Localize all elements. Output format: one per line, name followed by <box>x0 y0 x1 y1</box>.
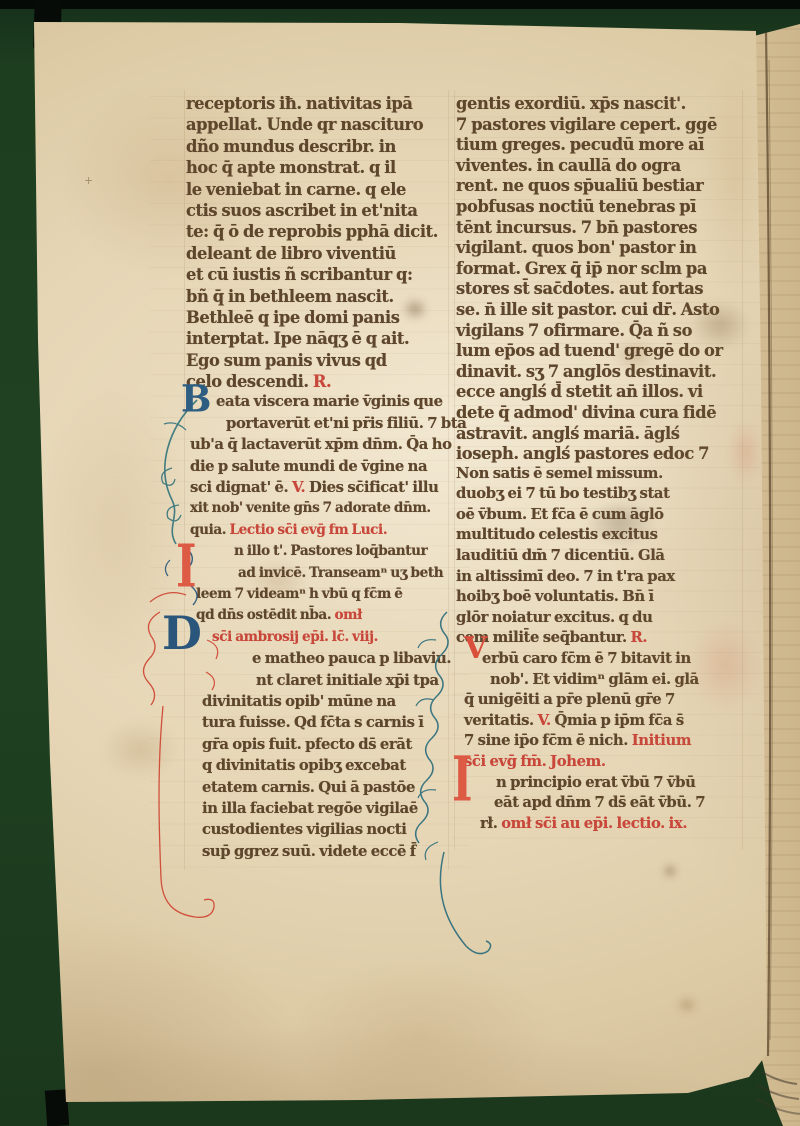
body-text: astravit. anglś mariā. āglś <box>456 424 680 443</box>
text-line: viventes. in caullā do ogra <box>456 156 742 177</box>
text-line: se. n̄ ille sit pastor. cui dr̄. Asto <box>456 300 742 321</box>
text-line: dete q̄ admod' divina cura fidē <box>456 403 742 424</box>
body-text: tēnt incursus. 7 bn̄ pastores <box>456 218 697 237</box>
body-text: dete q̄ admod' divina cura fidē <box>456 403 716 422</box>
text-line: gr̄a opis fuit. pfecto ds̄ erāt <box>186 736 450 757</box>
penwork-flourish-right <box>0 0 800 1126</box>
text-line: nt claret initiale xp̄i tpa <box>186 672 450 693</box>
text-line: stores st̄ sac̄dotes. aut fortas <box>456 279 742 300</box>
illuminated-initial: V <box>464 634 487 664</box>
text-line: oē v̄bum. Et fc̄a ē cum āglō <box>456 506 742 527</box>
parchment-stain <box>40 380 190 680</box>
text-line: sup̄ ggrez suū. videte eccē f̄ <box>186 843 450 864</box>
text-line: Ego sum panis vivus qd <box>186 351 450 372</box>
text-line: n principio erat v̄bū 7 v̄bū <box>456 774 742 795</box>
body-text: vigilant. quos bon' pastor in <box>456 238 696 257</box>
text-line: ctis suos ascribet in et'nita <box>186 201 450 222</box>
margin-pen-mark: + <box>84 174 93 187</box>
text-line: leem 7 videamⁿ h vbū q fc̄m ē <box>186 586 450 607</box>
text-line: Non satis ē semel missum. <box>456 465 742 486</box>
text-line: gentis exordiū. xp̄s nascit'. <box>456 94 742 115</box>
text-line: te: q̄ ō de reprobis pphā dicit. <box>186 222 450 243</box>
body-text: se. n̄ ille sit pastor. cui dr̄. Asto <box>456 300 719 319</box>
body-text: hoibʒ boē voluntatis. Bn̄ ī <box>456 588 654 605</box>
text-line: cem milit̄e seq̄bantur. R. <box>456 629 742 650</box>
rubric-text: sc̄i evḡ fm̄. Johem. <box>464 753 606 770</box>
body-text: rł. <box>480 815 501 832</box>
body-text: cem milit̄e seq̄bantur. <box>456 629 630 646</box>
body-text: 7 sine ip̄o fc̄m ē nich. <box>464 732 632 749</box>
rubric-text: omł sc̄i au ep̄i. lectio. ix. <box>501 815 687 832</box>
body-text: n principio erat v̄bū 7 v̄bū <box>496 774 695 791</box>
text-line: tēnt incursus. 7 bn̄ pastores <box>456 218 742 239</box>
body-text: duobʒ ei 7 tū bo testibʒ stat <box>456 485 670 502</box>
body-text: 7 pastores vigilare cepert. ggē <box>456 115 717 134</box>
parchment-stain <box>290 960 550 1110</box>
body-text: pobfusas noctiū tenebras pī <box>456 197 696 216</box>
text-line: quia. Lectio sc̄i evḡ fm Luci. <box>186 522 450 543</box>
illuminated-initial: B <box>181 380 211 418</box>
ruling-vertical-4 <box>742 90 743 850</box>
body-text: sup̄ ggrez suū. videte eccē f̄ <box>202 843 416 860</box>
text-line: et cū iustis ñ scribantur q: <box>186 265 450 286</box>
body-text: le veniebat in carne. q ele <box>186 180 406 199</box>
text-line: tura fuisse. Qd fc̄ta s carnis ī <box>186 714 450 735</box>
body-text: nob'. Et vidimⁿ glām ei. glā <box>490 671 699 688</box>
text-line: e matheo pauca p libaviu. <box>186 650 450 671</box>
text-line: n illo t'. Pastores loq̄bantur <box>186 543 450 564</box>
text-line: veritatis. V. Q̄mia p ip̄m fc̄a s̄ <box>456 712 742 733</box>
body-text: gr̄a opis fuit. pfecto ds̄ erāt <box>202 736 412 753</box>
body-text: qd dn̄s ostēdit nb̄a. <box>196 607 335 623</box>
body-text: tura fuisse. Qd fc̄ta s carnis ī <box>202 714 424 731</box>
text-line: portaverūt et'ni pr̄is filiū. 7 bta <box>186 415 450 436</box>
body-text: oē v̄bum. Et fc̄a ē cum āglō <box>456 506 664 523</box>
body-text: q divinitatis opibʒ excebat <box>202 757 406 774</box>
rubric-text: Initium <box>632 732 691 749</box>
body-text: celo descendi. <box>186 372 313 391</box>
text-line: Bethleē q ipe domi panis <box>186 308 450 329</box>
body-text: in altissimī deo. 7 in t'ra pax <box>456 568 675 585</box>
parchment-stain <box>60 80 280 280</box>
body-text: eāt apd dn̄m 7 ds̄ eāt v̄bū. 7 <box>494 794 705 811</box>
body-text: erbū caro fc̄m ē 7 bitavit in <box>482 650 691 667</box>
text-line: 7 sine ip̄o fc̄m ē nich. Initium <box>456 732 742 753</box>
body-text: deleant de libro viventiū <box>186 244 396 263</box>
body-text: ioseph. anglś pastores edoc 7 <box>456 444 709 463</box>
parchment-stain <box>690 300 750 350</box>
ruling-vertical-3 <box>454 90 455 850</box>
photo-top-band <box>0 0 800 9</box>
body-text: receptoris iħ. nativitas ipā <box>186 94 413 113</box>
body-text: glōr noiatur excitus. q du <box>456 609 652 626</box>
text-line: tium greges. pecudū more aī <box>456 135 742 156</box>
ruling-lines-right <box>452 96 770 840</box>
body-text: te: q̄ ō de reprobis pphā dicit. <box>186 222 438 241</box>
body-text: bñ q̄ in bethleem nascit. <box>186 287 394 306</box>
text-line: sci dignat' ē. V. Dies sc̄ificat' illu <box>186 479 450 500</box>
body-text: die p salute mundi de v̄gine na <box>190 458 427 475</box>
text-line: vigilant. quos bon' pastor in <box>456 238 742 259</box>
illuminated-initial: I <box>176 538 197 597</box>
text-line: interptat. Ipe nāqʒ ē q ait. <box>186 329 450 350</box>
column-left: receptoris iħ. nativitas ipāappellat. Un… <box>186 94 450 864</box>
text-line: eata viscera marie v̄ginis que <box>186 393 450 414</box>
body-text: et cū iustis ñ scribantur q: <box>186 265 413 284</box>
text-line: format. Grex q̄ ip̄ nor sclm pa <box>456 259 742 280</box>
text-line: 7 pastores vigilare cepert. ggē <box>456 115 742 136</box>
body-text: gentis exordiū. xp̄s nascit'. <box>456 94 686 113</box>
rubric-text: V. <box>538 712 555 729</box>
rubric-text: omł <box>335 607 362 623</box>
text-line: hoc q̄ apte monstrat. q il <box>186 158 450 179</box>
text-line: etatem carnis. Qui ā pastōe <box>186 779 450 800</box>
text-line: multitudo celestis excitus <box>456 526 742 547</box>
text-line: glōr noiatur excitus. q du <box>456 609 742 630</box>
body-text: eata viscera marie v̄ginis que <box>216 393 443 410</box>
parchment-stain <box>585 500 655 546</box>
parchment-stain <box>402 298 428 320</box>
body-text: leem 7 videamⁿ h vbū q fc̄m ē <box>196 586 403 602</box>
text-line: divinitatis opib' mūne na <box>186 693 450 714</box>
body-text: tium greges. pecudū more aī <box>456 135 704 154</box>
rubric-text: R. <box>313 372 331 391</box>
text-line: duobʒ ei 7 tū bo testibʒ stat <box>456 485 742 506</box>
parchment-stain <box>100 720 180 780</box>
text-line: in illa faciebat regōe vigilaē <box>186 800 450 821</box>
rubric-text: sc̄i ambrosij ep̄i. lc̄. viij. <box>212 629 378 645</box>
text-line: dño mundus describr. in <box>186 137 450 158</box>
text-line: eāt apd dn̄m 7 ds̄ eāt v̄bū. 7 <box>456 794 742 815</box>
text-line: bñ q̄ in bethleem nascit. <box>186 287 450 308</box>
ruling-vertical-2 <box>448 90 449 870</box>
body-text: Non satis ē semel missum. <box>456 465 663 482</box>
body-text: nt claret initiale xp̄i tpa <box>256 672 439 689</box>
body-text: Bethleē q ipe domi panis <box>186 308 400 327</box>
body-text: vigilans 7 ofirmare. Q̄a ñ so <box>456 321 692 340</box>
text-line: pobfusas noctiū tenebras pī <box>456 197 742 218</box>
body-text: interptat. Ipe nāqʒ ē q ait. <box>186 329 409 348</box>
body-text: ub'a q̄ lactaverūt xp̄m dn̄m. Q̄a ho <box>190 436 452 453</box>
text-line: deleant de libro viventiū <box>186 244 450 265</box>
ruling-lines-left <box>150 96 470 868</box>
text-line: q̄ unigēiti a pr̄e plenū gr̄e 7 <box>456 691 742 712</box>
parchment-stain <box>663 864 677 878</box>
manuscript-photo: + receptoris iħ. nativitas ipāappellat. … <box>0 0 800 1126</box>
body-text: divinitatis opib' mūne na <box>202 693 396 710</box>
illuminated-initial: D <box>162 610 202 656</box>
text-line: custodientes vigilias nocti <box>186 821 450 842</box>
text-line: lauditiū dm̄ 7 dicentiū. Glā <box>456 547 742 568</box>
text-line: appellat. Unde qr nascituro <box>186 115 450 136</box>
body-text: etatem carnis. Qui ā pastōe <box>202 779 415 796</box>
parchment-stain <box>612 338 658 372</box>
book-clamp-bottom <box>45 1089 69 1126</box>
body-text: stores st̄ sac̄dotes. aut fortas <box>456 279 703 298</box>
text-line: astravit. anglś mariā. āglś <box>456 424 742 445</box>
parchment-stain <box>728 420 762 484</box>
body-text: custodientes vigilias nocti <box>202 821 406 838</box>
body-text: ctis suos ascribet in et'nita <box>186 201 418 220</box>
text-line: ecce anglś d̄ stetit an̄ illos. vi <box>456 382 742 403</box>
text-line: rł. omł sc̄i au ep̄i. lectio. ix. <box>456 815 742 836</box>
body-text: rent. ne quos sp̄ualiū bestiar <box>456 176 703 195</box>
illuminated-initial: I <box>452 750 473 812</box>
body-text: lum ep̄os ad tuend' gregē do or <box>456 341 723 360</box>
text-line: ioseph. anglś pastores edoc 7 <box>456 444 742 465</box>
text-line: sc̄i evḡ fm̄. Johem. <box>456 753 742 774</box>
body-text: Ego sum panis vivus qd <box>186 351 387 370</box>
text-line: ub'a q̄ lactaverūt xp̄m dn̄m. Q̄a ho <box>186 436 450 457</box>
text-line: vigilans 7 ofirmare. Q̄a ñ so <box>456 321 742 342</box>
body-text: lauditiū dm̄ 7 dicentiū. Glā <box>456 547 665 564</box>
body-text: q̄ unigēiti a pr̄e plenū gr̄e 7 <box>464 691 675 708</box>
text-line: in altissimī deo. 7 in t'ra pax <box>456 568 742 589</box>
parchment-stain <box>690 620 760 710</box>
body-text: quia. <box>190 522 229 538</box>
body-text: in illa faciebat regōe vigilaē <box>202 800 418 817</box>
body-text: viventes. in caullā do ogra <box>456 156 681 175</box>
body-text: hoc q̄ apte monstrat. q il <box>186 158 396 177</box>
penwork-flourish-left <box>0 0 800 1126</box>
parchment-stain <box>676 996 698 1014</box>
text-line: die p salute mundi de v̄gine na <box>186 458 450 479</box>
text-line: hoibʒ boē voluntatis. Bn̄ ī <box>456 588 742 609</box>
text-line: q divinitatis opibʒ excebat <box>186 757 450 778</box>
text-line: xit nob' venite gn̄s 7 adorate dn̄m. <box>186 500 450 521</box>
body-text: portaverūt et'ni pr̄is filiū. 7 bta <box>226 415 466 432</box>
rubric-text: Lectio sc̄i evḡ fm Luci. <box>229 522 387 538</box>
text-line: erbū caro fc̄m ē 7 bitavit in <box>456 650 742 671</box>
parchment-page: + receptoris iħ. nativitas ipāappellat. … <box>0 0 800 1126</box>
text-line: celo descendi. R. <box>186 372 450 393</box>
body-text: Dies sc̄ificat' illu <box>309 479 438 496</box>
body-text: xit nob' venite gn̄s 7 adorate dn̄m. <box>190 500 431 516</box>
text-line: rent. ne quos sp̄ualiū bestiar <box>456 176 742 197</box>
rubric-text: V. <box>292 479 309 496</box>
body-text: dño mundus describr. in <box>186 137 396 156</box>
body-text: n illo t'. Pastores loq̄bantur <box>234 543 427 559</box>
body-text: veritatis. <box>464 712 538 729</box>
text-line: sc̄i ambrosij ep̄i. lc̄. viij. <box>186 629 450 650</box>
body-text: multitudo celestis excitus <box>456 526 658 543</box>
text-line: lum ep̄os ad tuend' gregē do or <box>456 341 742 362</box>
text-line: receptoris iħ. nativitas ipā <box>186 94 450 115</box>
rubric-text: R. <box>630 629 647 646</box>
body-text: ecce anglś d̄ stetit an̄ illos. vi <box>456 382 703 401</box>
text-line: ad invicē. Transeamⁿ uʒ beth <box>186 565 450 586</box>
body-text: e matheo pauca p libaviu. <box>252 650 451 667</box>
body-text: format. Grex q̄ ip̄ nor sclm pa <box>456 259 707 278</box>
body-text: appellat. Unde qr nascituro <box>186 115 423 134</box>
text-line: le veniebat in carne. q ele <box>186 180 450 201</box>
body-text: dinavit. sʒ 7 anglōs destinavit. <box>456 362 716 381</box>
text-line: nob'. Et vidimⁿ glām ei. glā <box>456 671 742 692</box>
body-text: Q̄mia p ip̄m fc̄a s̄ <box>555 712 684 729</box>
text-line: dinavit. sʒ 7 anglōs destinavit. <box>456 362 742 383</box>
parchment-stain <box>248 560 308 600</box>
column-right: gentis exordiū. xp̄s nascit'.7 pastores … <box>456 94 742 835</box>
text-line: qd dn̄s ostēdit nb̄a. omł <box>186 607 450 628</box>
body-text: ad invicē. Transeamⁿ uʒ beth <box>238 565 443 581</box>
body-text: sci dignat' ē. <box>190 479 292 496</box>
ruling-vertical-1 <box>184 90 185 870</box>
